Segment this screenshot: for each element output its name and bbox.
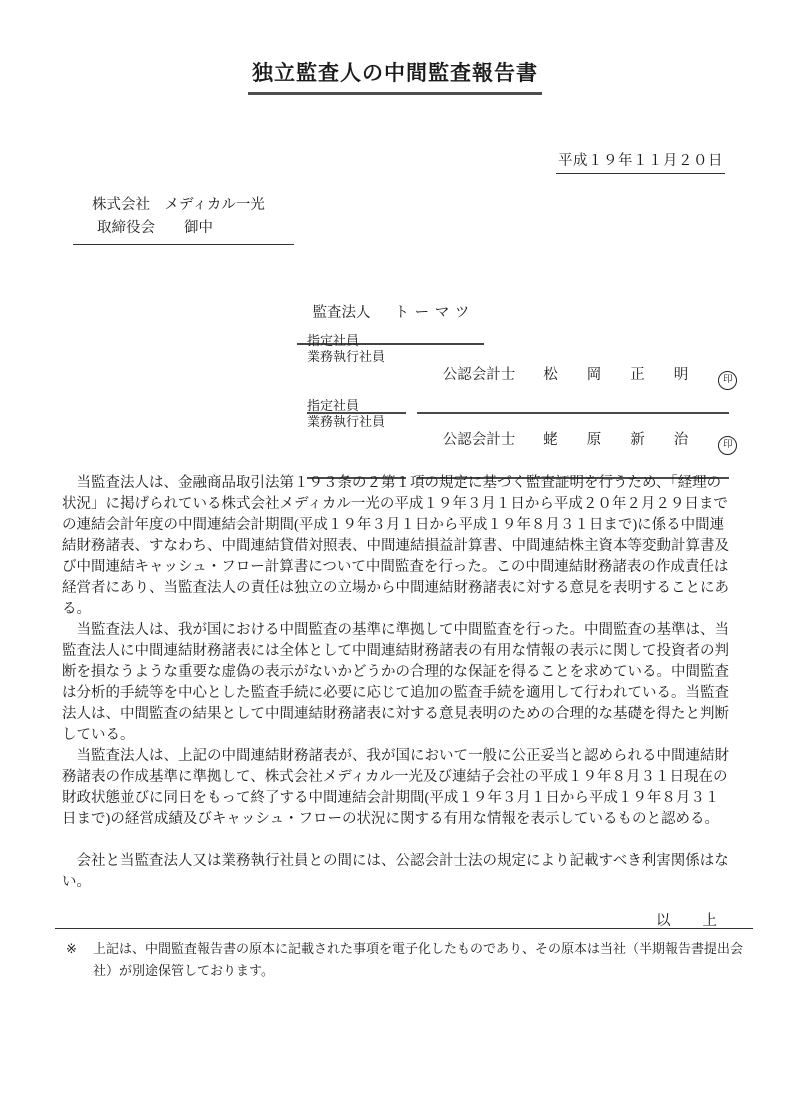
body-line: 日まで)の経営成績及びキャッシュ・フローの状況に関する有用な情報を表示しているも… xyxy=(62,809,738,830)
signer-name-line: 公認会計士蛯 原 新 治印 xyxy=(417,398,729,479)
audit-report-page: 独立監査人の中間監査報告書 平成１９年１１月２０日 株式会社 メディカル一光 取… xyxy=(0,0,790,1118)
cpa-name: 松 岡 正 明 xyxy=(543,367,688,383)
body-line: 経営者にあり、当監査法人の責任は独立の立場から中間連結財務諸表に対する意見を表明… xyxy=(62,578,738,599)
signer-role: 指定社員 業務執行社員 xyxy=(307,398,406,479)
addressee-block: 株式会社 メディカル一光 取締役会 御中 xyxy=(73,194,294,245)
footnote-divider xyxy=(55,928,753,929)
body-line: 監査法人に中間連結財務諸表には全体として中間連結財務諸表の有用な情報の表示に関し… xyxy=(62,641,738,662)
body-line: び中間連結キャッシュ・フロー計算書について中間監査を行った。この中間連結財務諸表… xyxy=(62,557,738,578)
document-title: 独立監査人の中間監査報告書 xyxy=(248,57,542,95)
body-line: 断を損なうような重要な虚偽の表示がないかどうかの合理的な保証を得ることを求めてい… xyxy=(62,662,738,683)
footnote-marker: ※ xyxy=(66,938,77,960)
report-body: 当監査法人は、金融商品取引法第１９３条の２第１項の規定に基づく監査証明を行うため… xyxy=(62,473,738,932)
audit-firm-label: 監査法人 xyxy=(313,305,371,321)
body-line: る。 xyxy=(62,599,738,620)
date-row: 平成１９年１１月２０日 xyxy=(556,149,725,174)
body-line: 法人は、中間監査の結果として中間連結財務諸表に対する意見表明のための合理的な基礎… xyxy=(62,704,738,725)
paragraph-interest: 会社と当監査法人又は業務執行社員との間には、公認会計士法の規定により記載すべき利… xyxy=(62,851,738,893)
addressee-board: 取締役会 御中 xyxy=(73,217,294,240)
cpa-title: 公認会計士 xyxy=(443,367,516,383)
addressee-company: 株式会社 メディカル一光 xyxy=(73,194,294,217)
report-date: 平成１９年１１月２０日 xyxy=(556,149,725,174)
body-line: 当監査法人は、金融商品取引法第１９３条の２第１項の規定に基づく監査証明を行うため… xyxy=(62,473,738,494)
footnote-text: 上記は、中間監査報告書の原本に記載された事項を電子化したものであり、その原本は当… xyxy=(93,938,758,981)
title-row: 独立監査人の中間監査報告書 xyxy=(0,57,790,95)
body-line: 会社と当監査法人又は業務執行社員との間には、公認会計士法の規定により記載すべき利… xyxy=(62,851,738,872)
audit-firm-name: ト ー マ ツ xyxy=(395,305,471,321)
paragraph-opinion: 当監査法人は、上記の中間連結財務諸表が、我が国において一般に公正妥当と認められる… xyxy=(62,746,738,830)
paragraph-scope: 当監査法人は、金融商品取引法第１９３条の２第１項の規定に基づく監査証明を行うため… xyxy=(62,473,738,620)
body-line: 財政状態並びに同日をもって終了する中間連結会計期間(平成１９年３月１日から平成１… xyxy=(62,788,738,809)
cpa-name: 蛯 原 新 治 xyxy=(543,432,688,448)
signer-row-2: 指定社員 業務執行社員 公認会計士蛯 原 新 治印 xyxy=(307,398,729,479)
signer-role-line1: 指定社員 xyxy=(307,333,406,349)
body-line: の連結会計年度の中間連結会計期間(平成１９年３月１日から平成１９年８月３１日まで… xyxy=(62,515,738,536)
cpa-title: 公認会計士 xyxy=(443,432,516,448)
body-line: 当監査法人は、我が国における中間監査の基準に準拠して中間監査を行った。中間監査の… xyxy=(62,620,738,641)
footnote-block: ※ 上記は、中間監査報告書の原本に記載された事項を電子化したものであり、その原本… xyxy=(66,938,758,981)
body-line: い。 xyxy=(62,872,738,893)
paragraph-standards: 当監査法人は、我が国における中間監査の基準に準拠して中間監査を行った。中間監査の… xyxy=(62,620,738,746)
signer-role-line2: 業務執行社員 xyxy=(307,414,406,430)
signer-role-line1: 指定社員 xyxy=(307,398,406,414)
seal-icon: 印 xyxy=(718,436,737,455)
body-line: している。 xyxy=(62,725,738,746)
footnote-line: 社）が別途保管しております。 xyxy=(93,960,758,982)
body-line: 当監査法人は、上記の中間連結財務諸表が、我が国において一般に公正妥当と認められる… xyxy=(62,746,738,767)
footnote-line: 上記は、中間監査報告書の原本に記載された事項を電子化したものであり、その原本は当… xyxy=(93,938,758,960)
body-line: 務諸表の作成基準に準拠して、株式会社メディカル一光及び連結子会社の平成１９年８月… xyxy=(62,767,738,788)
signer-role-line2: 業務執行社員 xyxy=(307,349,406,365)
body-line: は分析的手続等を中心とした監査手続に必要に応じて追加の監査手続を適用して行われて… xyxy=(62,683,738,704)
seal-icon: 印 xyxy=(718,371,737,390)
body-line: 結財務諸表、すなわち、中間連結貸借対照表、中間連結損益計算書、中間連結株主資本等… xyxy=(62,536,738,557)
body-line: 状況」に掲げられている株式会社メディカル一光の平成１９年３月１日から平成２０年２… xyxy=(62,494,738,515)
